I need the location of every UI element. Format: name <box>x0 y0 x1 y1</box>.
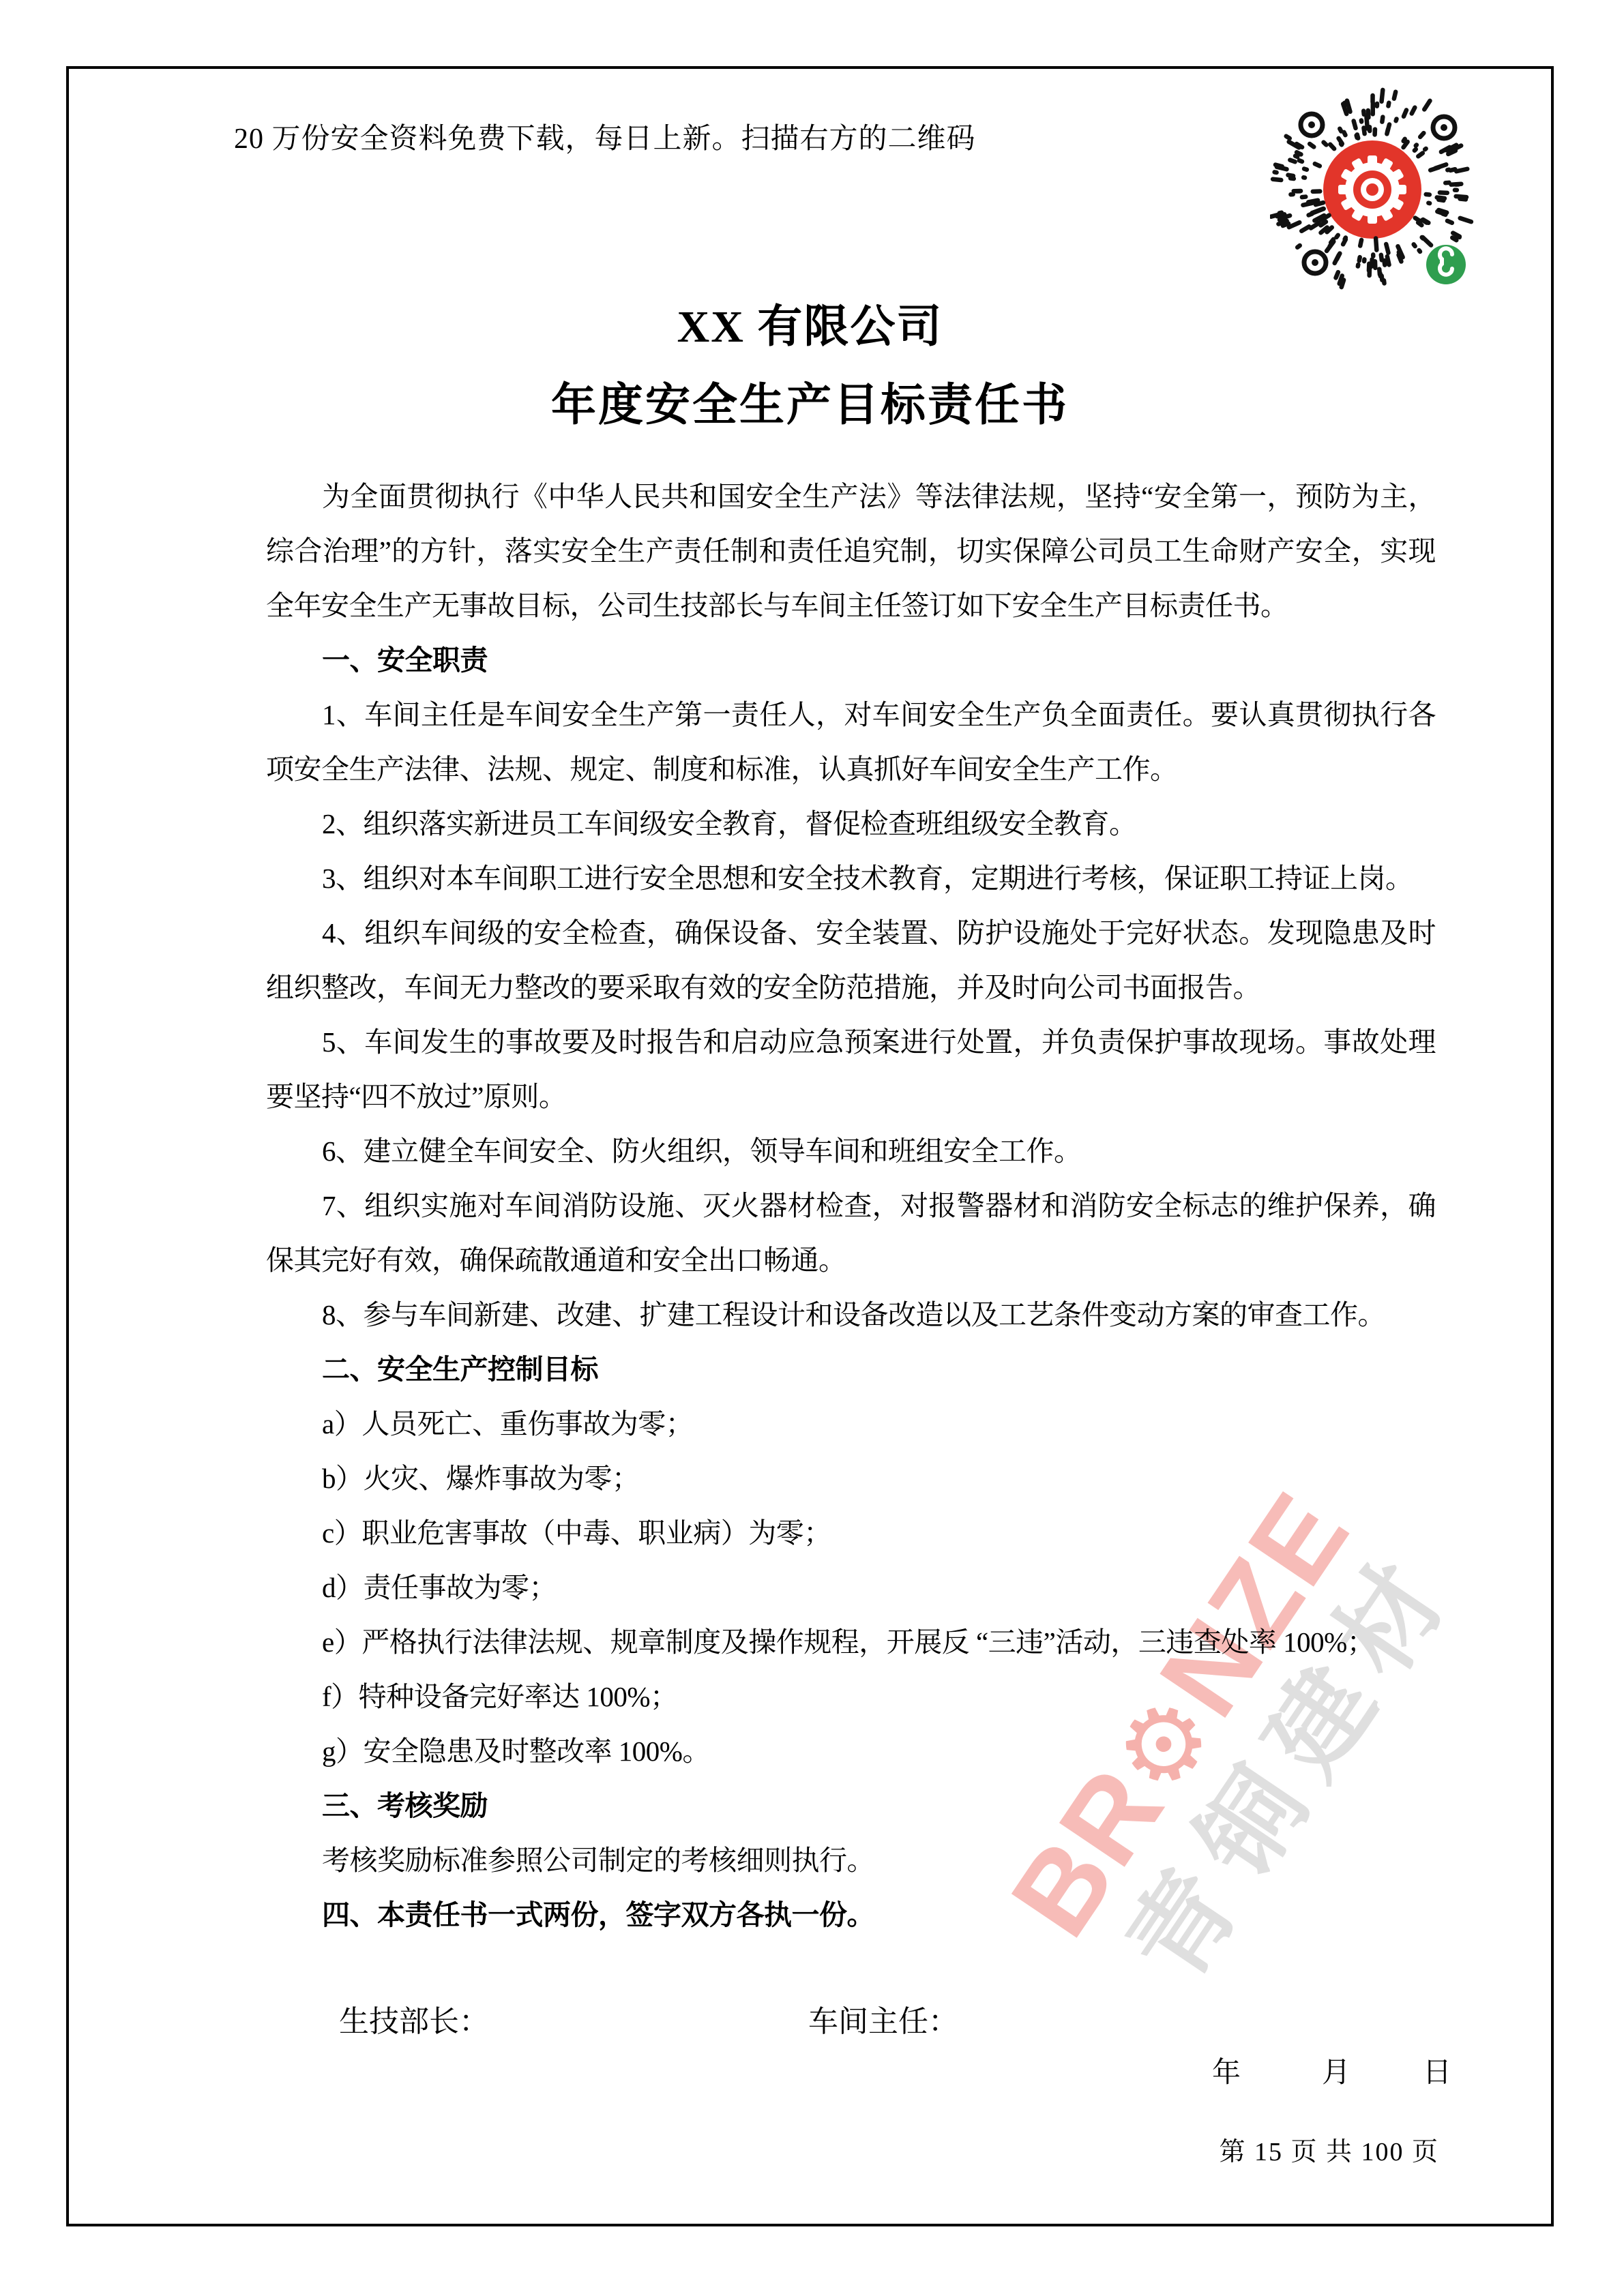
section-2-item-g: g）安全隐患及时整改率 100%。 <box>266 1724 1436 1778</box>
section-1-item-2: 2、组织落实新进员工车间级安全教育，督促检查班组级安全教育。 <box>266 796 1436 851</box>
section-4-heading: 四、本责任书一式两份，签字双方各执一份。 <box>266 1888 1436 1942</box>
section-2-heading: 二、安全生产控制目标 <box>266 1342 1436 1397</box>
section-3-heading: 三、考核奖励 <box>266 1778 1436 1833</box>
section-1-heading: 一、安全职责 <box>266 633 1436 687</box>
qr-gear-emblem <box>1323 140 1421 239</box>
section-2-item-e: e）严格执行法律法规、规章制度及操作规程，开展反 “三违”活动，三违查处率 10… <box>266 1615 1436 1669</box>
section-2-item-b: b）火灾、爆炸事故为零； <box>266 1451 1436 1506</box>
qr-code <box>1270 76 1475 301</box>
intro-paragraph: 为全面贯彻执行《中华人民共和国安全生产法》等法律法规，坚持“安全第一，预防为主，… <box>266 469 1436 633</box>
section-1-item-8: 8、参与车间新建、改建、扩建工程设计和设备改造以及工艺条件变动方案的审查工作。 <box>266 1287 1436 1342</box>
day-label: 日 <box>1423 2050 1451 2091</box>
company-title: XX 有限公司 <box>66 290 1554 355</box>
section-1-item-1: 1、车间主任是车间安全生产第一责任人，对车间安全生产负全面责任。要认真贯彻执行各… <box>266 687 1436 796</box>
section-2-item-a: a）人员死亡、重伤事故为零； <box>266 1397 1436 1451</box>
section-1-item-7: 7、组织实施对车间消防设施、灭火器材检查，对报警器材和消防安全标志的维护保养，确… <box>266 1178 1436 1287</box>
year-label: 年 <box>1212 2050 1241 2091</box>
document-title: 年度安全生产目标责任书 <box>66 368 1554 433</box>
section-1-item-6: 6、建立健全车间安全、防火组织，领导车间和班组安全工作。 <box>266 1124 1436 1178</box>
section-2-item-c: c）职业危害事故（中毒、职业病）为零； <box>266 1506 1436 1560</box>
section-2-item-d: d）责任事故为零； <box>266 1560 1436 1615</box>
month-label: 月 <box>1322 2050 1350 2091</box>
section-1-item-5: 5、车间发生的事故要及时报告和启动应急预案进行处置，并负责保护事故现场。事故处理… <box>266 1015 1436 1124</box>
date-line: 年 月 日 <box>0 2050 1624 2091</box>
document-page: 20 万份安全资料免费下载，每日上新。扫描右方的二维码 <box>0 0 1624 2296</box>
section-1-item-3: 3、组织对本车间职工进行安全思想和安全技术教育，定期进行考核，保证职工持证上岗。 <box>266 851 1436 906</box>
section-2-item-f: f）特种设备完好率达 100%； <box>266 1669 1436 1724</box>
signature-label-right: 车间主任： <box>808 1997 958 2040</box>
page-number: 第 15 页 共 100 页 <box>1219 2130 1439 2168</box>
signature-label-left: 生技部长： <box>339 1997 489 2040</box>
miniprogram-logo-icon <box>1426 245 1466 284</box>
section-1-item-4: 4、组织车间级的安全检查，确保设备、安全装置、防护设施处于完好状态。发现隐患及时… <box>266 906 1436 1015</box>
header-note: 20 万份安全资料免费下载，每日上新。扫描右方的二维码 <box>234 116 976 157</box>
section-3-body: 考核奖励标准参照公司制定的考核细则执行。 <box>266 1833 1436 1888</box>
document-body: 为全面贯彻执行《中华人民共和国安全生产法》等法律法规，坚持“安全第一，预防为主，… <box>266 469 1436 1942</box>
